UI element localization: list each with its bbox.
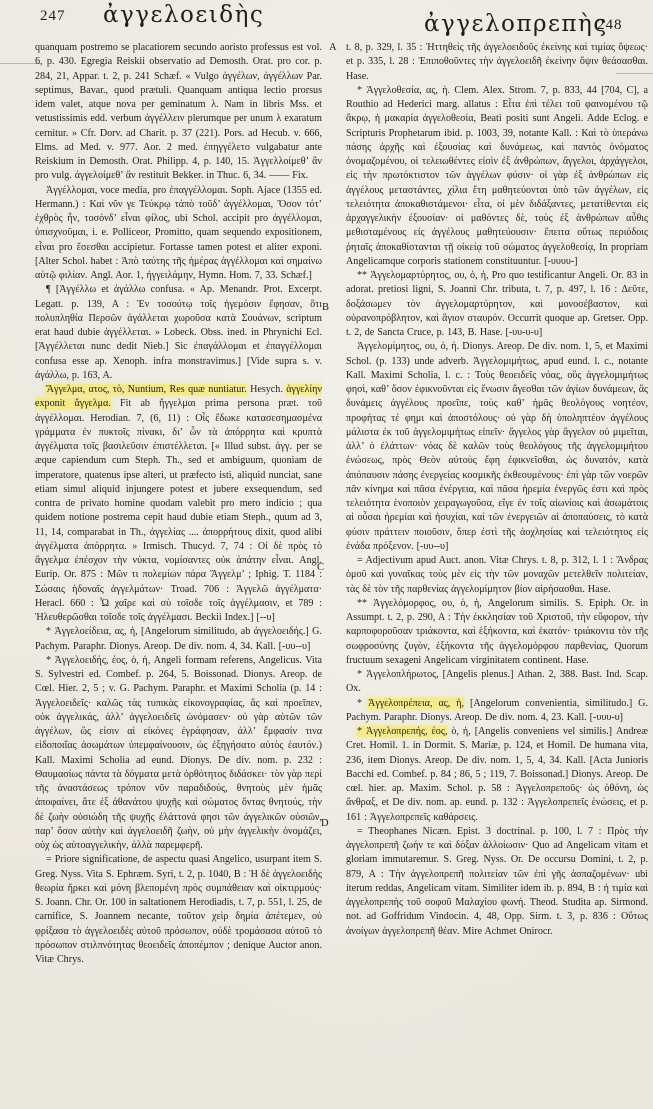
entry-paragraph: ¶ [Ἀγγέλλω et ἀγάλλω confusa. « Ap. Mena… [35, 283, 322, 383]
gutter-letter-d: D [321, 818, 329, 829]
text-run: ¶ [Ἀγγέλλω et ἀγάλλω confusa. « Ap. Mena… [35, 284, 322, 381]
entry-paragraph: * Ἀγγελοπρεπής, έος, ὁ, ἡ, [Angelis conv… [346, 725, 648, 825]
text-run: ὁ, ἡ, [Angelis conveniens vel similis.] … [346, 726, 648, 823]
text-run: = Adjectivum apud Auct. anon. Vitæ Chrys… [346, 555, 648, 595]
entry-paragraph: ** Ἀγγελόμορφος, ου, ὁ, ἡ, Angelorum sim… [346, 597, 648, 668]
running-headword-right: ἀγγελοπρεπὴς [424, 11, 608, 37]
text-run: = Priore significatione, de aspectu quas… [35, 854, 322, 965]
page-number-left: 247 [40, 8, 66, 25]
text-run: * Ἀγγελοπλήρωτος, [Angelis plenus.] Atha… [346, 669, 648, 694]
entry-paragraph: * Ἀγγελοπλήρωτος, [Angelis plenus.] Atha… [346, 668, 648, 697]
text-run: t. 8, p. 329, l. 35 : Ἡττηθεὶς τῆς ἀγγελ… [346, 42, 648, 82]
entry-paragraph: = Priore significatione, de aspectu quas… [35, 853, 322, 967]
entry-paragraph: Ἀγγέλλομαι, voce media, pro ἐπαγγέλλομαι… [35, 184, 322, 284]
text-run: * Ἀγγελοθεσία, ας, ἡ. Clem. Alex. Strom.… [346, 85, 648, 267]
gutter-letter-a: A [329, 42, 337, 53]
text-run: Ἀγγέλλομαι, voce media, pro ἐπαγγέλλομαι… [35, 185, 322, 282]
running-headword-left: ἀγγελοειδὴς [103, 2, 264, 28]
entry-paragraph: t. 8, p. 329, l. 35 : Ἡττηθεὶς τῆς ἀγγελ… [346, 41, 648, 84]
text-run: Fit ab ἤγγελμαι prima persona præt. τοῦ … [35, 398, 322, 623]
entry-paragraph: quanquam postremo se placatiorem secundo… [35, 41, 322, 184]
text-run: quanquam postremo se placatiorem secundo… [35, 42, 322, 181]
gutter-letter-b: B [322, 302, 330, 313]
highlighted-text: Ἀγγελοπρέπεια, ας, ἡ, [368, 698, 464, 709]
entry-paragraph: = Theophanes Nicæn. Epist. 3 doctrinal. … [346, 825, 648, 939]
entry-paragraph: Ἀγγελομίμητος, ου, ὁ, ἡ. Dionys. Areop. … [346, 340, 648, 554]
text-run: Ἀγγελομίμητος, ου, ὁ, ἡ. Dionys. Areop. … [346, 341, 648, 552]
entry-paragraph: * Ἀγγελοείδεια, ας, ἡ, [Angelorum simili… [35, 625, 322, 654]
entry-paragraph: ** Ἀγγελομαρτύρητος, ου, ὁ, ἡ, Pro quo t… [346, 269, 648, 340]
entry-paragraph: = Adjectivum apud Auct. anon. Vitæ Chrys… [346, 554, 648, 597]
highlighted-text: Ἄγγελμα, ατος, τὸ, Nuntium, Res quæ nunt… [46, 384, 247, 395]
gutter-letter-c: C [317, 562, 325, 573]
text-column-left: quanquam postremo se placatiorem secundo… [35, 41, 322, 1091]
entry-paragraph: * Ἀγγελοθεσία, ας, ἡ. Clem. Alex. Strom.… [346, 84, 648, 269]
text-run: ** Ἀγγελομαρτύρητος, ου, ὁ, ἡ, Pro quo t… [346, 270, 648, 338]
highlighted-text: * Ἀγγελοπρεπής, έος, [357, 726, 447, 737]
entry-paragraph: * Ἀγγελοπρέπεια, ας, ἡ, [Angelorum conve… [346, 697, 648, 726]
text-run: = Theophanes Nicæn. Epist. 3 doctrinal. … [346, 826, 648, 937]
text-column-right: t. 8, p. 329, l. 35 : Ἡττηθεὶς τῆς ἀγγελ… [346, 41, 648, 1091]
text-run: * Ἀγγελοείδεια, ας, ἡ, [Angelorum simili… [35, 626, 322, 651]
entry-paragraph: Ἄγγελμα, ατος, τὸ, Nuntium, Res quæ nunt… [35, 383, 322, 625]
text-run: Hesych. [247, 384, 287, 395]
text-run: * [357, 698, 368, 709]
entry-paragraph: * Ἀγγελοειδής, έος, ὁ, ἡ, Angeli formam … [35, 654, 322, 854]
scanned-lexicon-page: 247 ἀγγελοειδὴς ἀγγελοπρεπὴς 248 quanqua… [0, 0, 653, 1109]
text-run: ** Ἀγγελόμορφος, ου, ὁ, ἡ, Angelorum sim… [346, 598, 648, 666]
header-rule-left [0, 63, 40, 64]
text-run: * Ἀγγελοειδής, έος, ὁ, ἡ, Angeli formam … [35, 655, 322, 851]
page-number-right: 248 [597, 17, 623, 34]
